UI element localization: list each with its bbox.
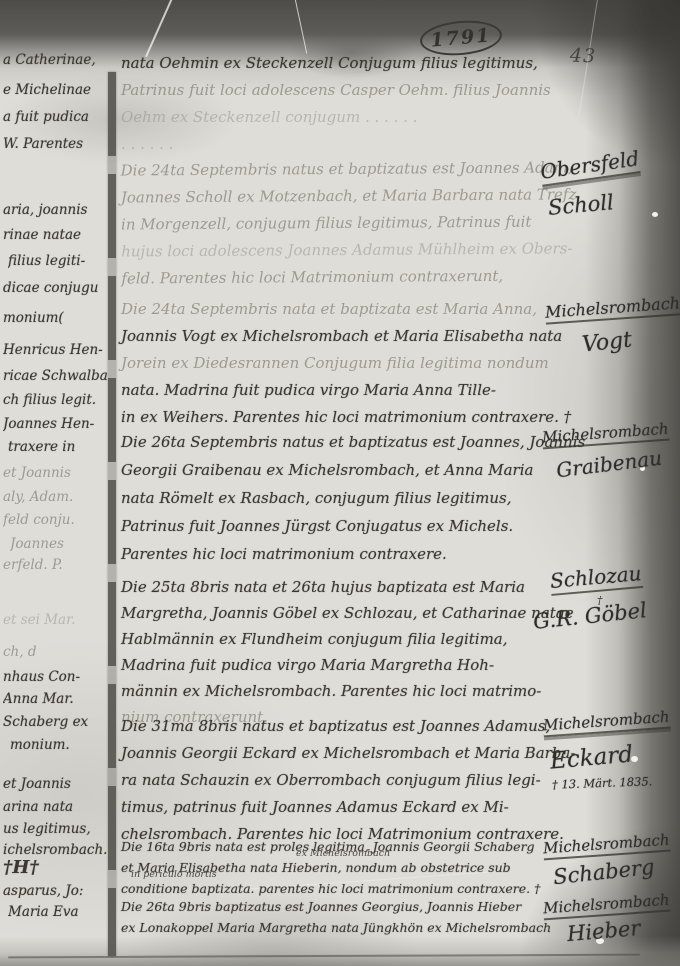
margin-note-label: Michelsrombach — [543, 891, 671, 921]
margin-fragment: rinae natae — [3, 228, 108, 243]
baptism-entry: Die 26ta Septembris natus et baptizatus … — [121, 428, 561, 568]
entry-line: Die 26ta Septembris natus et baptizatus … — [121, 428, 561, 456]
margin-fragment: W. Parentes — [3, 137, 108, 152]
interlinear-insert: ex Michelsrombach — [296, 848, 390, 859]
margin-fragment: ch, d — [3, 645, 108, 660]
margin-note-surname: Graibenau — [555, 446, 663, 483]
entry-line: . . . . . . — [121, 131, 545, 158]
scan-border-right — [585, 0, 680, 966]
entry-line: Jorein ex Diedesrannen Conjugum filia le… — [121, 350, 545, 377]
margin-fragment: asparus, Jo: — [3, 884, 108, 899]
baptism-entry: Die 16ta 9bris nata est proles legitima,… — [121, 836, 561, 899]
scan-speck — [652, 212, 658, 217]
margin-note-surname: Scholl — [547, 190, 615, 220]
margin-fragment: aria, joannis — [3, 203, 108, 218]
entry-line: Parentes hic loci matrimonium contraxere… — [121, 540, 561, 568]
year-label: 1791 — [430, 24, 493, 51]
entry-line: Patrinus fuit Joannes Jürgst Conjugatus … — [121, 512, 561, 540]
scan-corner-shadow — [530, 0, 680, 170]
margin-fragment: monium( — [3, 311, 108, 326]
entry-line: nata Oehmin ex Steckenzell Conjugum fili… — [121, 50, 545, 77]
page-bottom-edge — [8, 954, 640, 959]
baptism-entry: nata Oehmin ex Steckenzell Conjugum fili… — [121, 50, 545, 158]
baptism-entry: Die 24ta Septembris nata et baptizata es… — [121, 296, 545, 431]
margin-fragment: monium. — [10, 738, 115, 753]
entry-line: Patrinus fuit loci adolescens Casper Oeh… — [121, 77, 545, 104]
margin-fragment: aly, Adam. — [3, 490, 108, 505]
margin-fragment: et Joannis — [3, 777, 108, 792]
margin-fragment: et Joannis — [3, 466, 108, 481]
margin-fragment: traxere in — [8, 440, 113, 455]
entry-line: Joannis Vogt ex Michelsrombach et Maria … — [121, 323, 545, 350]
scanned-register-page: 1791 43 a Catherinae, e Michelinae a fui… — [0, 0, 680, 966]
margin-note-place: Michelsrombach — [543, 708, 671, 735]
entry-line: ra nata Schauzin ex Oberrombach conjugum… — [121, 767, 561, 794]
margin-note-label: Michelsrombach — [543, 708, 671, 738]
margin-fragment: ricae Schwalba- — [3, 369, 108, 384]
margin-fragment: Henricus Hen- — [3, 343, 108, 358]
entry-line: Oehm ex Steckenzell conjugum . . . . . . — [121, 104, 545, 131]
entry-line: Margretha, Joannis Göbel ex Schlozau, et… — [121, 600, 561, 626]
baptism-entry: Die 24ta Septembris natus et baptizatus … — [121, 155, 546, 293]
margin-note-place: Schlozau — [549, 561, 642, 593]
margin-fragment: nhaus Con- — [3, 670, 108, 685]
margin-note-surname: Hieber — [566, 916, 641, 946]
margin-fragment: feld conju. — [3, 513, 108, 528]
margin-note-place: Obersfeld — [539, 146, 641, 184]
entry-line: Joannes Scholl ex Motzenbach, et Maria B… — [121, 182, 545, 212]
margin-fragment: us legitimus, — [3, 822, 108, 837]
entry-line: nata. Madrina fuit pudica virgo Maria An… — [121, 377, 545, 404]
margin-note-surname: Vogt — [581, 327, 633, 357]
baptism-entry: Die 25ta 8bris nata et 26ta hujus baptiz… — [121, 574, 561, 730]
margin-fragment: dicae conjugu — [3, 281, 108, 296]
column-rule — [108, 72, 116, 956]
scratch-mark — [294, 0, 307, 53]
margin-note-label: Schlozau — [549, 561, 643, 596]
margin-fragment: Anna Mar. — [3, 692, 108, 707]
entry-line: Madrina fuit pudica virgo Maria Margreth… — [121, 652, 561, 678]
scratch-mark — [145, 0, 177, 57]
entry-line: Die 24ta Septembris nata et baptizata es… — [121, 296, 545, 323]
margin-note-place: Michelsrombach — [545, 293, 680, 321]
entry-line: in Morgenzell, conjugum filius legitimus… — [121, 209, 545, 239]
margin-fragment: et sei Mar. — [3, 613, 108, 628]
entry-line: Die 31ma 8bris natus et baptizatus est J… — [121, 713, 561, 740]
entry-line: Die 24ta Septembris natus et baptizatus … — [121, 155, 545, 185]
cross-monogram: †H† — [3, 860, 108, 875]
margin-note-surname: Schaberg — [552, 855, 655, 889]
margin-note-label: Obersfeld — [539, 146, 641, 187]
margin-note-place: Michelsrombach — [543, 891, 671, 918]
entry-line: Die 26ta 9bris baptizatus est Joannes Ge… — [121, 896, 561, 917]
entry-line: in ex Weihers. Parentes hic loci matrimo… — [121, 404, 545, 431]
margin-note-death-date: † 13. Märt. 1835. — [552, 774, 653, 791]
margin-fragment: e Michelinae — [3, 83, 108, 98]
baptism-entry: Die 26ta 9bris baptizatus est Joannes Ge… — [121, 896, 561, 938]
entry-line: Hablmännin ex Flundheim conjugum filia l… — [121, 626, 561, 652]
margin-fragment: Joannes Hen- — [3, 417, 108, 432]
entry-line: männin ex Michelsrombach. Parentes hic l… — [121, 678, 561, 704]
margin-fragment: Joannes — [10, 537, 115, 552]
entry-line: Joannis Georgii Eckard ex Michelsrombach… — [121, 740, 561, 767]
entry-line: timus, patrinus fuit Joannes Adamus Ecka… — [121, 794, 561, 821]
margin-fragment: filius legiti- — [8, 254, 113, 269]
margin-fragment: erfeld. P. — [3, 558, 108, 573]
interlinear-insert: in periculo mortis — [131, 869, 217, 880]
margin-fragment: ch filius legit. — [3, 393, 108, 408]
margin-note-label: Michelsrombach — [545, 293, 680, 324]
margin-fragment: a Catherinae, — [3, 53, 108, 68]
entry-line: nata Römelt ex Rasbach, conjugum filius … — [121, 484, 561, 512]
entry-line: Georgii Graibenau ex Michelsrombach, et … — [121, 456, 561, 484]
entry-line: Die 25ta 8bris nata et 26ta hujus baptiz… — [121, 574, 561, 600]
margin-fragment: a fuit pudica — [3, 110, 108, 125]
baptism-entry: Die 31ma 8bris natus et baptizatus est J… — [121, 713, 561, 848]
entry-line: feld. Parentes hic loci Matrimonium cont… — [121, 263, 545, 293]
entry-line: hujus loci adolescens Joannes Adamus Müh… — [121, 236, 545, 266]
entry-line: ex Lonakoppel Maria Margretha nata Jüngk… — [121, 917, 561, 938]
margin-fragment: ichelsrombach. — [3, 843, 108, 858]
margin-fragment: arina nata — [3, 800, 108, 815]
margin-fragment: Schaberg ex — [3, 715, 108, 730]
page-number: 43 — [570, 45, 597, 68]
margin-fragment: Maria Eva — [8, 905, 113, 920]
